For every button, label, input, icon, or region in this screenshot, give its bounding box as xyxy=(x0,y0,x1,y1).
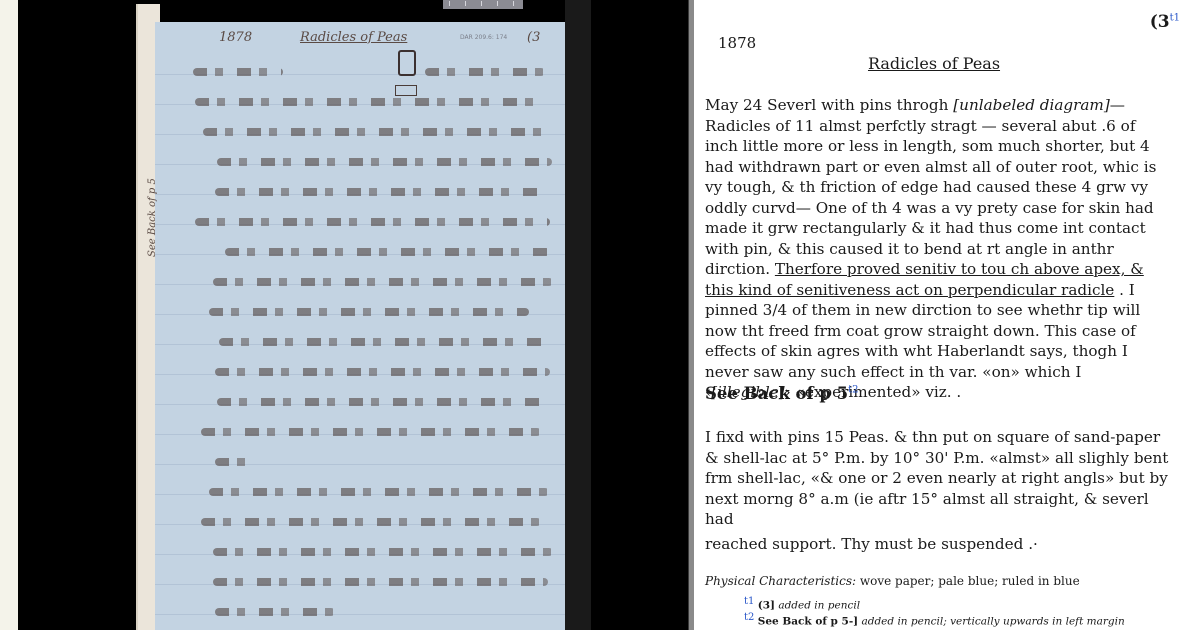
folio-number: (3t1 xyxy=(1150,12,1180,32)
manuscript-image-viewer[interactable]: 1878 Radicles of Peas DAR 209.6: 174 (3 … xyxy=(18,0,688,630)
see-back-heading: See Back of p 5t2 xyxy=(705,384,859,403)
editorial-diagram-note: [unlabeled diagram] xyxy=(953,96,1110,114)
archive-reference: DAR 209.6: 174 xyxy=(460,34,507,41)
handwritten-year: 1878 xyxy=(219,30,252,45)
transcript-year: 1878 xyxy=(718,34,756,52)
paragraph-2: I fixd with pins 15 Peas. & thn put on s… xyxy=(705,427,1170,554)
handwritten-folio: (3 xyxy=(527,30,540,45)
footnote-t2: t2 See Back of p 5-] added in pencil; ve… xyxy=(744,612,1125,628)
image-edge-shadow xyxy=(565,0,591,630)
pin-diagram-sketch xyxy=(398,50,416,76)
manuscript-page: 1878 Radicles of Peas DAR 209.6: 174 (3 … xyxy=(155,22,565,630)
note-link-t1[interactable]: t1 xyxy=(1170,12,1180,23)
note-link-t2[interactable]: t2 xyxy=(848,385,858,396)
color-scale-ruler xyxy=(443,0,523,9)
transcription-panel: (3t1 1878 Radicles of Peas May 24 Severl… xyxy=(694,0,1200,630)
transcript-title: Radicles of Peas xyxy=(694,54,1174,73)
handwritten-title: Radicles of Peas xyxy=(300,30,407,45)
margin-note: See Back of p 5 xyxy=(147,178,158,257)
footnote-t1: t1 (3] added in pencil xyxy=(744,596,860,612)
physical-characteristics: Physical Characteristics: wove paper; pa… xyxy=(705,574,1080,588)
paragraph-1: May 24 Severl with pins throgh [unlabele… xyxy=(705,95,1170,403)
bracket-diagram-sketch xyxy=(395,85,417,96)
